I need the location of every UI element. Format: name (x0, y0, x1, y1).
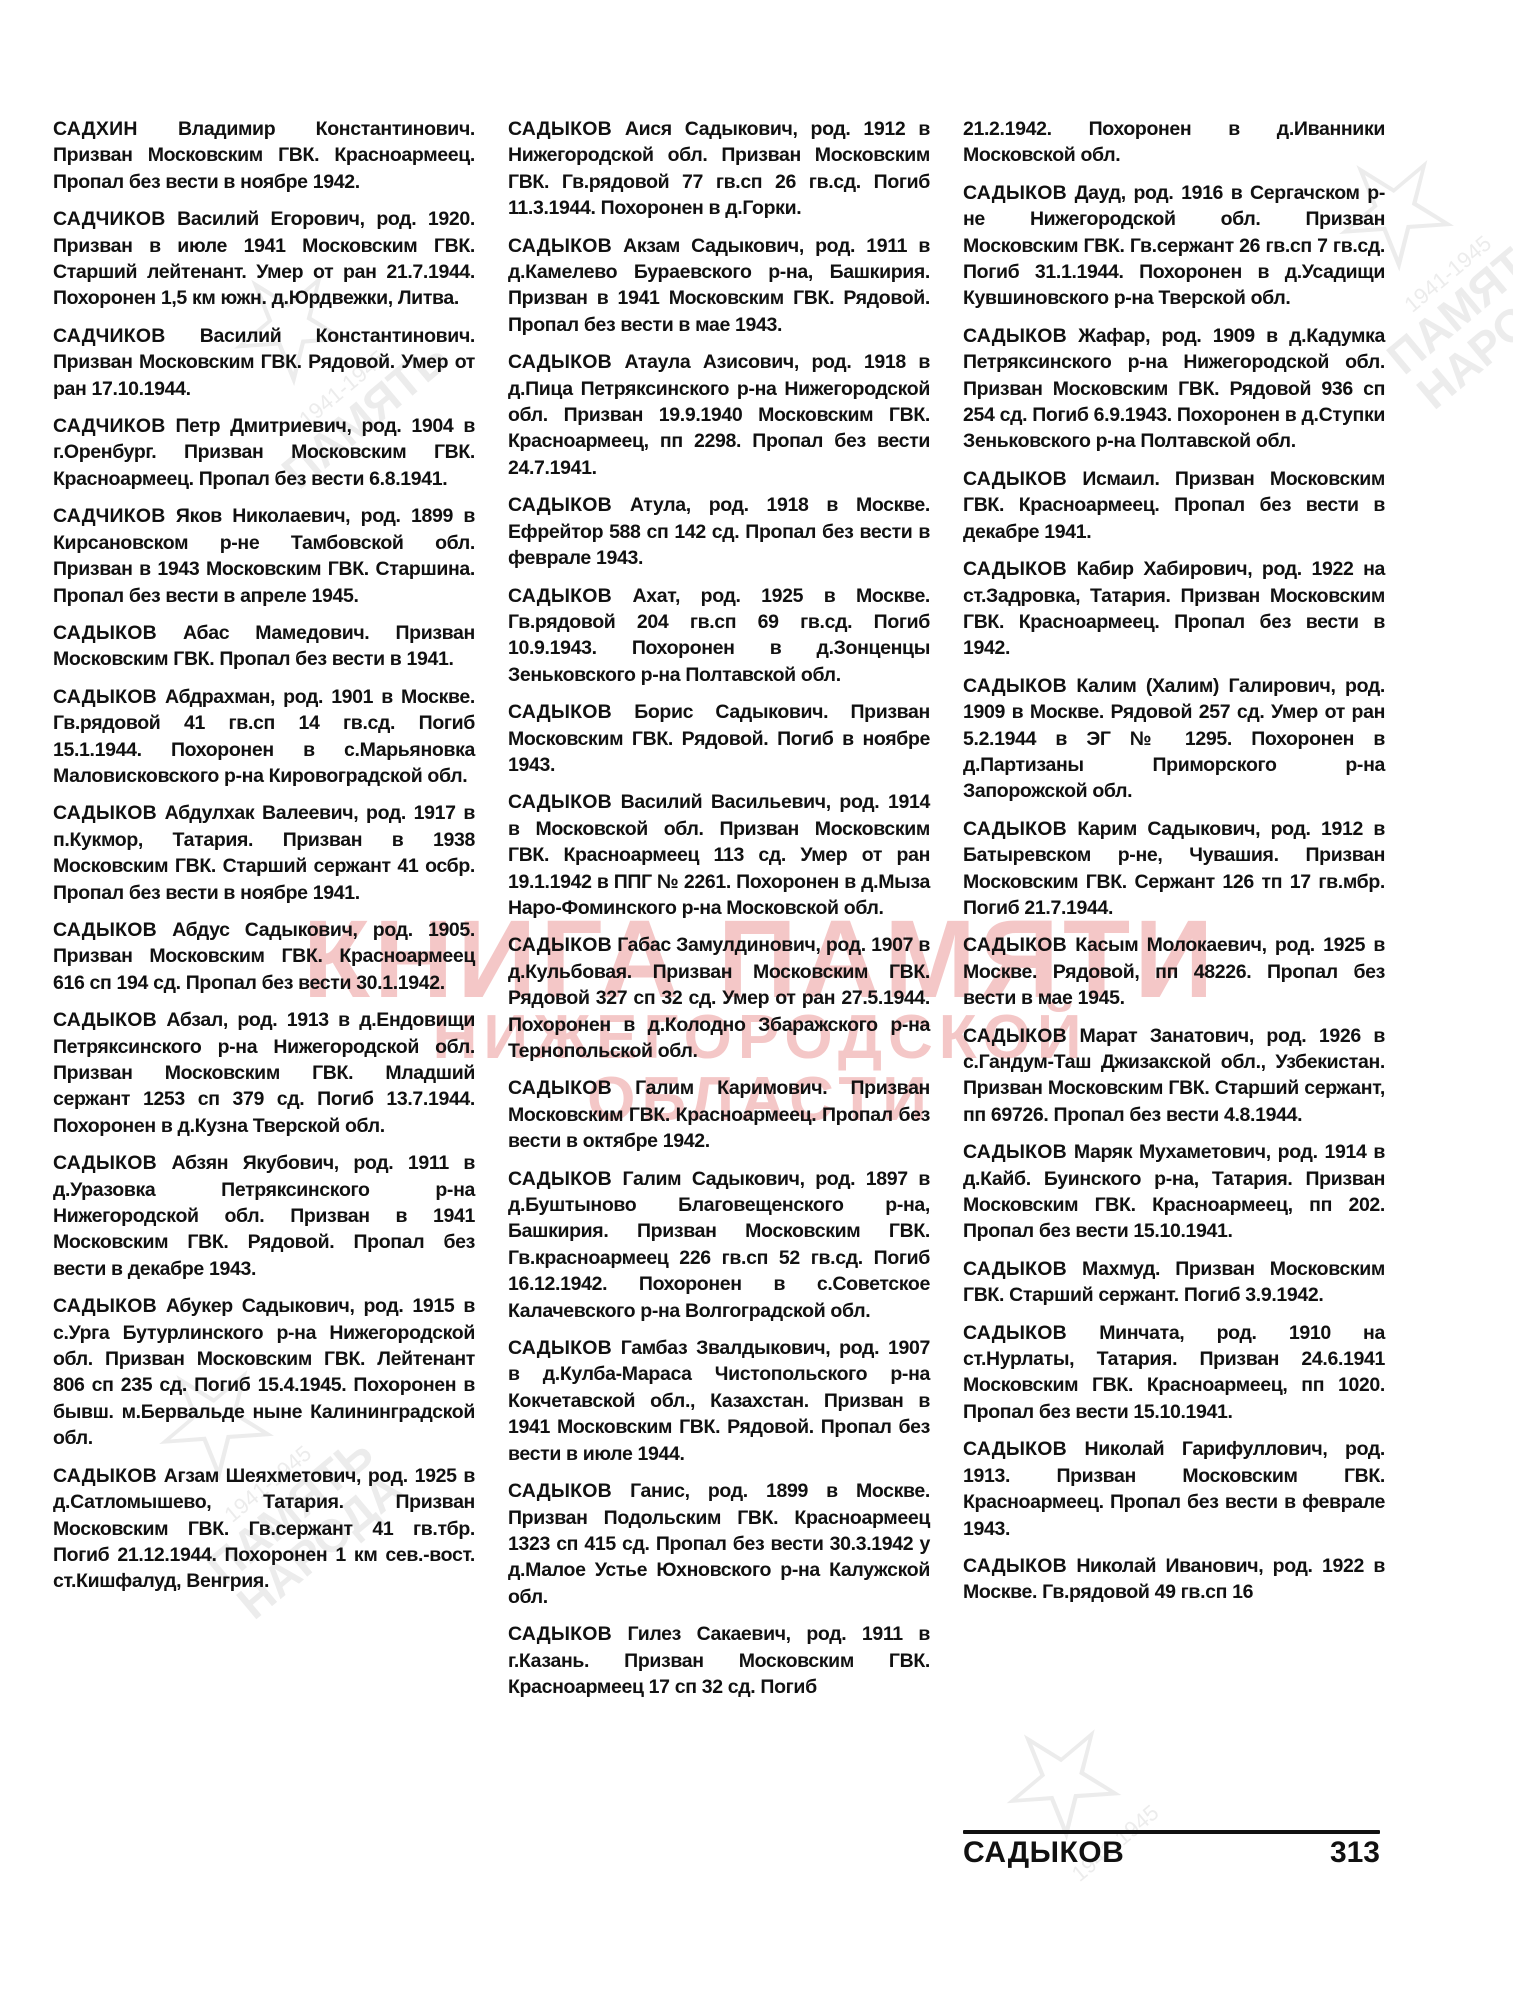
register-entry: САДЫКОВ Галим Садыкович, род. 1897 в д.Б… (508, 1166, 930, 1324)
register-entry: САДЫКОВ Жафар, род. 1909 в д.Кадумка Пет… (963, 323, 1385, 455)
register-entry: САДЧИКОВ Василий Егорович, род. 1920. Пр… (53, 206, 475, 312)
register-entry: САДЧИКОВ Василий Константинович. Призван… (53, 323, 475, 402)
register-entry: САДЫКОВ Калим (Халим) Галирович, род. 19… (963, 673, 1385, 805)
entry-surname: САДЫКОВ (508, 235, 612, 257)
entry-surname: САДЫКОВ (963, 182, 1067, 204)
register-entry: САДЫКОВ Маряк Мухаметович, род. 1914 в д… (963, 1139, 1385, 1245)
entry-surname: САДЫКОВ (508, 701, 612, 723)
entry-surname: САДЫКОВ (508, 791, 612, 813)
entry-surname: САДЫКОВ (963, 1025, 1067, 1047)
register-entry: САДЫКОВ Василий Васильевич, род. 1914 в … (508, 789, 930, 921)
entry-surname: САДЫКОВ (963, 558, 1067, 580)
running-head: САДЫКОВ (963, 1836, 1124, 1870)
document-page: САДХИН Владимир Константинович. Призван … (53, 116, 1385, 1711)
entry-surname: САДЫКОВ (963, 468, 1067, 490)
entry-surname: САДЫКОВ (508, 494, 612, 516)
register-entry: САДЫКОВ Габас Замулдинович, род. 1907 в … (508, 932, 930, 1064)
entry-surname: САДЫКОВ (963, 1438, 1067, 1460)
entry-surname: САДЧИКОВ (53, 415, 166, 437)
entry-surname: САДЫКОВ (963, 1258, 1067, 1280)
register-entry: САДЫКОВ Ганис, род. 1899 в Москве. Призв… (508, 1478, 930, 1610)
register-entry: САДЫКОВ Атула, род. 1918 в Москве. Ефрей… (508, 492, 930, 571)
register-entry: САДЫКОВ Николай Иванович, род. 1922 в Мо… (963, 1553, 1385, 1606)
entry-surname: САДЫКОВ (508, 585, 612, 607)
text-column-3: 21.2.1942. Похоронен в д.Иванники Москов… (963, 116, 1385, 1711)
register-entry: САДЫКОВ Махмуд. Призван Московским ГВК. … (963, 1256, 1385, 1309)
entry-surname: САДЫКОВ (508, 1337, 612, 1359)
entry-surname: САДЧИКОВ (53, 208, 166, 230)
register-entry: САДЫКОВ Кабир Хабирович, род. 1922 на ст… (963, 556, 1385, 662)
entry-surname: САДЫКОВ (53, 1152, 157, 1174)
text-column-1: САДХИН Владимир Константинович. Призван … (53, 116, 475, 1711)
footer-row: САДЫКОВ 313 (963, 1836, 1380, 1870)
register-entry: САДЫКОВ Гилез Сакаевич, род. 1911 в г.Ка… (508, 1621, 930, 1700)
entry-surname: САДЫКОВ (508, 934, 612, 956)
entry-surname: САДЫКОВ (508, 118, 612, 140)
entry-surname: САДЧИКОВ (53, 505, 166, 527)
entry-surname: САДЫКОВ (963, 934, 1067, 956)
register-entry: САДЫКОВ Гамбаз Звалдыкович, род. 1907 в … (508, 1335, 930, 1467)
entry-text: 21.2.1942. Похоронен в д.Иванники Москов… (963, 118, 1385, 166)
entry-surname: САДЫКОВ (53, 802, 157, 824)
page-footer: САДЫКОВ 313 (963, 1830, 1380, 1870)
entry-surname: САДЫКОВ (963, 1555, 1067, 1577)
register-entry: САДЫКОВ Абдрахман, род. 1901 в Москве. Г… (53, 684, 475, 790)
entry-surname: САДЫКОВ (508, 1480, 612, 1502)
register-entry: САДЫКОВ Абас Мамедович. Призван Московск… (53, 620, 475, 673)
entry-text: Галим Садыкович, род. 1897 в д.Буштыново… (508, 1168, 930, 1322)
entry-surname: САДЫКОВ (53, 1465, 157, 1487)
register-entry: САДЫКОВ Абукер Садыкович, род. 1915 в с.… (53, 1293, 475, 1451)
register-entry: САДЫКОВ Агзам Шеяхметович, род. 1925 в д… (53, 1463, 475, 1595)
register-entry: САДЫКОВ Николай Гарифуллович, род. 1913.… (963, 1436, 1385, 1542)
entry-surname: САДЫКОВ (53, 919, 157, 941)
register-entry: САДЫКОВ Марат Занатович, род. 1926 в с.Г… (963, 1023, 1385, 1129)
footer-divider (963, 1830, 1380, 1834)
continued-entry-text: 21.2.1942. Похоронен в д.Иванники Москов… (963, 116, 1385, 169)
entry-surname: САДЫКОВ (53, 1295, 157, 1317)
register-entry: САДХИН Владимир Константинович. Призван … (53, 116, 475, 195)
entry-surname: САДЫКОВ (508, 1168, 612, 1190)
register-entry: САДЫКОВ Галим Каримович. Призван Московс… (508, 1075, 930, 1154)
register-entry: САДЫКОВ Исмаил. Призван Московским ГВК. … (963, 466, 1385, 545)
text-column-2: САДЫКОВ Аися Садыкович, род. 1912 в Ниже… (508, 116, 930, 1711)
register-entry: САДЫКОВ Абдулхак Валеевич, род. 1917 в п… (53, 800, 475, 906)
entry-text: Абукер Садыкович, род. 1915 в с.Урга Бут… (53, 1295, 475, 1449)
register-entry: САДЫКОВ Касым Молокаевич, род. 1925 в Мо… (963, 932, 1385, 1011)
register-entry: САДЫКОВ Абдус Садыкович, род. 1905. Приз… (53, 917, 475, 996)
register-entry: САДЫКОВ Акзам Садыкович, род. 1911 в д.К… (508, 233, 930, 339)
entry-surname: САДЫКОВ (508, 351, 612, 373)
register-entry: САДЫКОВ Абзян Якубович, род. 1911 в д.Ур… (53, 1150, 475, 1282)
register-entry: САДЫКОВ Карим Садыкович, род. 1912 в Бат… (963, 816, 1385, 922)
register-entry: САДЧИКОВ Петр Дмитриевич, род. 1904 в г.… (53, 413, 475, 492)
entry-surname: САДЫКОВ (963, 675, 1067, 697)
register-entry: САДЫКОВ Атаула Азисович, род. 1918 в д.П… (508, 349, 930, 481)
entry-surname: САДЫКОВ (508, 1623, 612, 1645)
entry-surname: САДЧИКОВ (53, 325, 166, 347)
entry-surname: САДЫКОВ (508, 1077, 612, 1099)
register-entry: САДЫКОВ Абзал, род. 1913 в д.Ендовищи Пе… (53, 1007, 475, 1139)
entry-surname: САДЫКОВ (963, 1322, 1067, 1344)
entry-surname: САДЫКОВ (53, 622, 157, 644)
page-number: 313 (1330, 1836, 1380, 1870)
entry-surname: САДЫКОВ (963, 1141, 1067, 1163)
entry-surname: САДХИН (53, 118, 138, 140)
register-entry: САДЫКОВ Минчата, род. 1910 на ст.Нурлаты… (963, 1320, 1385, 1426)
entry-surname: САДЫКОВ (963, 818, 1067, 840)
register-entry: САДЫКОВ Дауд, род. 1916 в Сергачском р-н… (963, 180, 1385, 312)
register-entry: САДЧИКОВ Яков Николаевич, род. 1899 в Ки… (53, 503, 475, 609)
register-entry: САДЫКОВ Борис Садыкович. Призван Московс… (508, 699, 930, 778)
register-entry: САДЫКОВ Ахат, род. 1925 в Москве. Гв.ряд… (508, 583, 930, 689)
entry-surname: САДЫКОВ (53, 686, 157, 708)
entry-surname: САДЫКОВ (963, 325, 1067, 347)
register-entry: САДЫКОВ Аися Садыкович, род. 1912 в Ниже… (508, 116, 930, 222)
entry-surname: САДЫКОВ (53, 1009, 157, 1031)
